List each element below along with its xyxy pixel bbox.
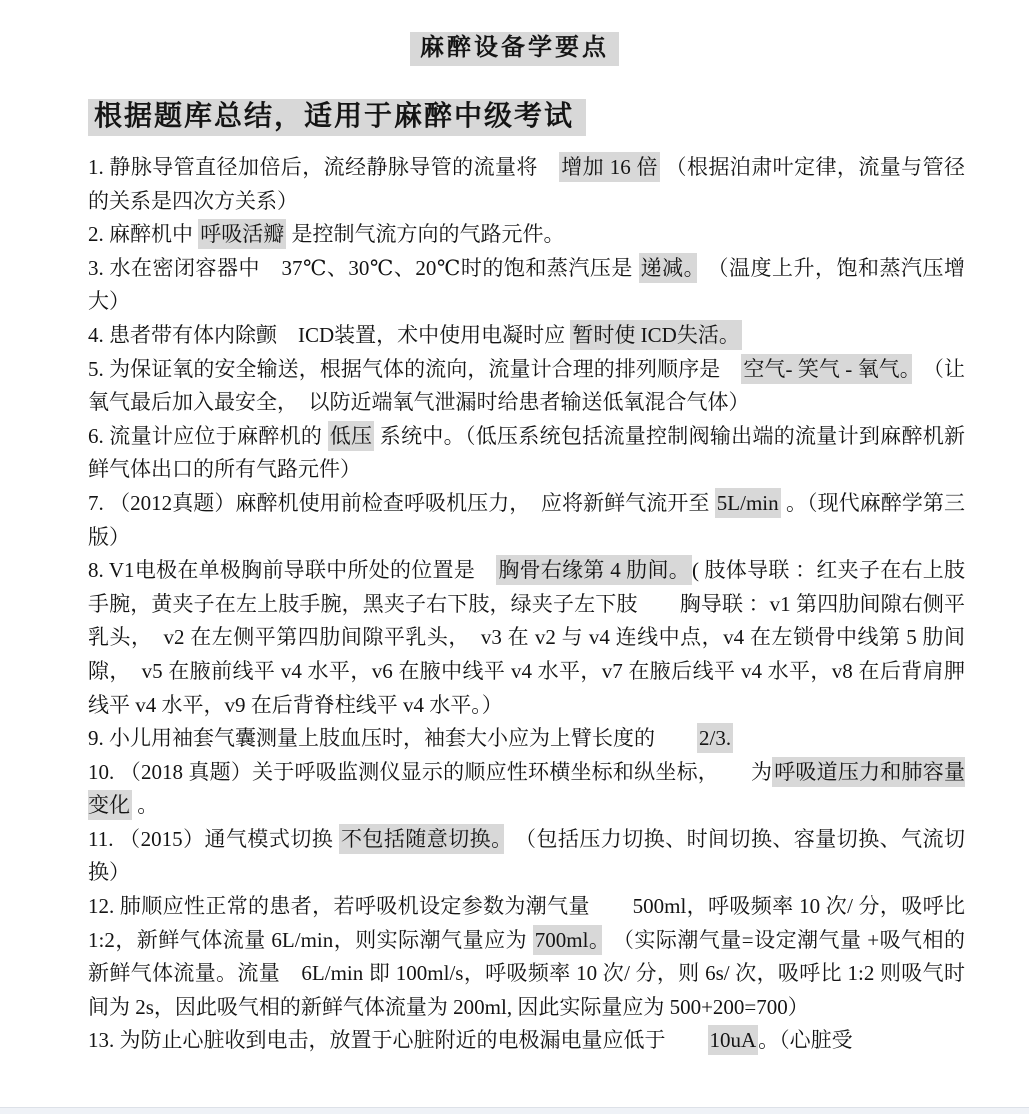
title-highlight: 麻醉设备学要点: [410, 32, 619, 66]
note-item-11: 11. （2015）通气模式切换 不包括随意切换。 （包括压力切换、时间切换、容…: [88, 823, 965, 890]
subtitle-highlight: 根据题库总结，适用于麻醉中级考试: [88, 99, 586, 136]
note-text: 8. V1电极在单极胸前导联中所处的位置是: [88, 558, 496, 582]
note-item-4: 4. 患者带有体内除颤 ICD装置，术中使用电凝时应 暂时使 ICD失活。: [88, 319, 965, 353]
note-text: 11. （2015）通气模式切换: [88, 827, 339, 851]
note-item-5: 5. 为保证氧的安全输送，根据气体的流向，流量计合理的排列顺序是 空气- 笑气 …: [88, 353, 965, 420]
note-text: 7. （2012真题）麻醉机使用前检查呼吸机压力， 应将新鲜气流开至: [88, 491, 715, 515]
note-item-9: 9. 小儿用袖套气囊测量上肢血压时，袖套大小应为上臂长度的 2/3.: [88, 722, 965, 756]
note-item-8: 8. V1电极在单极胸前导联中所处的位置是 胸骨右缘第 4 肋间。( 肢体导联 …: [88, 554, 965, 722]
note-text: 1. 静脉导管直径加倍后，流经静脉导管的流量将: [88, 155, 559, 179]
window-bottom-edge: [0, 1107, 1029, 1114]
note-item-2: 2. 麻醉机中 呼吸活瓣 是控制气流方向的气路元件。: [88, 218, 965, 252]
note-text: 2. 麻醉机中: [88, 222, 198, 246]
document-title: 麻醉设备学要点: [0, 0, 1029, 68]
note-text: 9. 小儿用袖套气囊测量上肢血压时，袖套大小应为上臂长度的: [88, 726, 697, 750]
note-text: 5. 为保证氧的安全输送，根据气体的流向，流量计合理的排列顺序是: [88, 357, 741, 381]
note-text: 13. 为防止心脏收到电击，放置于心脏附近的电极漏电量应低于: [88, 1028, 708, 1052]
document-body: 1. 静脉导管直径加倍后，流经静脉导管的流量将 增加 16 倍 （根据泊肃叶定律…: [88, 151, 965, 1058]
note-text: 6. 流量计应位于麻醉机的: [88, 424, 328, 448]
highlighted-answer: 10uA: [708, 1025, 759, 1055]
note-item-13: 13. 为防止心脏收到电击，放置于心脏附近的电极漏电量应低于 10uA。（心脏受: [88, 1024, 965, 1058]
document-page: 麻醉设备学要点 根据题库总结，适用于麻醉中级考试 1. 静脉导管直径加倍后，流经…: [0, 0, 1029, 1114]
note-text: 。（心脏受: [758, 1028, 853, 1052]
note-item-10: 10. （2018 真题）关于呼吸监测仪显示的顺应性环横坐标和纵坐标， 为呼吸道…: [88, 756, 965, 823]
highlighted-answer: 低压: [328, 421, 375, 451]
highlighted-answer: 增加 16 倍: [559, 152, 660, 182]
note-text: 10. （2018 真题）关于呼吸监测仪显示的顺应性环横坐标和纵坐标， 为: [88, 760, 772, 784]
note-item-6: 6. 流量计应位于麻醉机的 低压 系统中。（低压系统包括流量控制阀输出端的流量计…: [88, 420, 965, 487]
note-text: 4. 患者带有体内除颤 ICD装置，术中使用电凝时应: [88, 323, 570, 347]
note-item-1: 1. 静脉导管直径加倍后，流经静脉导管的流量将 增加 16 倍 （根据泊肃叶定律…: [88, 151, 965, 218]
note-text: 3. 水在密闭容器中 37℃、30℃、20℃时的饱和蒸汽压是: [88, 256, 639, 280]
highlighted-answer: 5L/min: [715, 488, 781, 518]
note-item-3: 3. 水在密闭容器中 37℃、30℃、20℃时的饱和蒸汽压是 递减。 （温度上升…: [88, 252, 965, 319]
note-text: 是控制气流方向的气路元件。: [286, 222, 564, 246]
note-item-12: 12. 肺顺应性正常的患者，若呼吸机设定参数为潮气量 500ml，呼吸频率 10…: [88, 890, 965, 1024]
highlighted-answer: 空气- 笑气 - 氧气。: [741, 354, 912, 384]
highlighted-answer: 2/3.: [697, 723, 733, 753]
highlighted-answer: 不包括随意切换。: [339, 824, 504, 854]
highlighted-answer: 700ml。: [533, 925, 602, 955]
document-subtitle: 根据题库总结，适用于麻醉中级考试: [88, 98, 1029, 136]
note-item-7: 7. （2012真题）麻醉机使用前检查呼吸机压力， 应将新鲜气流开至 5L/mi…: [88, 487, 965, 554]
highlighted-answer: 暂时使 ICD失活。: [570, 320, 741, 350]
highlighted-answer: 呼吸活瓣: [198, 219, 286, 249]
highlighted-answer: 递减。: [639, 253, 697, 283]
note-text: 。: [132, 793, 158, 817]
highlighted-answer: 胸骨右缘第 4 肋间。: [496, 555, 692, 585]
